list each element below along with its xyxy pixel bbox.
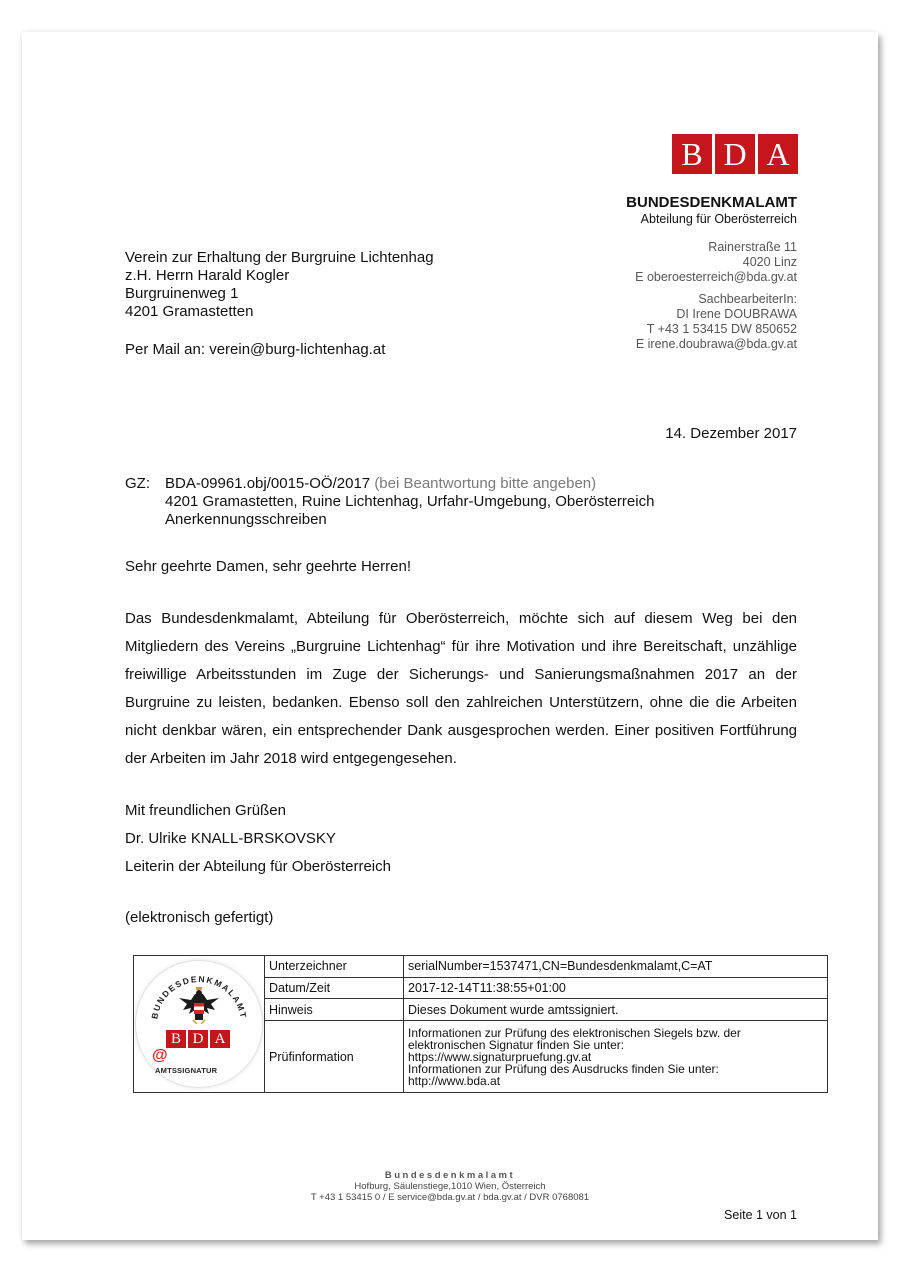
reference-number: BDA-09961.obj/0015-OÖ/2017 bbox=[165, 475, 370, 492]
clerk-email[interactable]: E irene.doubrawa@bda.gv.at bbox=[635, 337, 797, 352]
sig-key-note: Hinweis bbox=[265, 999, 404, 1021]
verification-line: elektronischen Signatur finden Sie unter… bbox=[408, 1039, 823, 1051]
sig-key-verification: Prüfinformation bbox=[265, 1021, 404, 1093]
recipient-line: z.H. Herrn Harald Kogler bbox=[125, 267, 434, 285]
footer-contact: T +43 1 53415 0 / E service@bda.gv.at / … bbox=[22, 1192, 878, 1203]
per-mail-line: Per Mail an: verein@burg-lichtenhag.at bbox=[125, 341, 385, 358]
org-department: Abteilung für Oberösterreich bbox=[641, 212, 797, 226]
at-icon: @ bbox=[152, 1048, 168, 1064]
reference-block: GZ: BDA-09961.obj/0015-OÖ/2017 (bei Bean… bbox=[125, 475, 654, 529]
closing-block: Mit freundlichen Grüßen Dr. Ulrike KNALL… bbox=[125, 797, 391, 881]
recipient-address: Verein zur Erhaltung der Burgruine Licht… bbox=[125, 249, 434, 321]
sender-email[interactable]: E oberoesterreich@bda.gv.at bbox=[635, 270, 797, 285]
logo-letter-d: D bbox=[715, 134, 755, 174]
signer-name: Dr. Ulrike KNALL-BRSKOVSKY bbox=[125, 825, 391, 853]
sig-value-datetime: 2017-12-14T11:38:55+01:00 bbox=[404, 977, 828, 999]
reference-label: GZ: bbox=[125, 475, 165, 529]
amtssignatur-label: AMTSSIGNATUR bbox=[155, 1066, 217, 1075]
subject-line: 4201 Gramastetten, Ruine Lichtenhag, Urf… bbox=[165, 493, 654, 511]
logo-letter-a: A bbox=[758, 134, 798, 174]
sender-contact: Rainerstraße 11 4020 Linz E oberoesterre… bbox=[635, 240, 797, 352]
verification-line: Informationen zur Prüfung des elektronis… bbox=[408, 1027, 823, 1039]
sig-value-note: Dieses Dokument wurde amtssigniert. bbox=[404, 999, 828, 1021]
sig-key-datetime: Datum/Zeit bbox=[265, 977, 404, 999]
recipient-line: 4201 Gramastetten bbox=[125, 303, 434, 321]
sender-street: Rainerstraße 11 bbox=[635, 240, 797, 255]
logo-letter-b: B bbox=[672, 134, 712, 174]
sig-value-verification: Informationen zur Prüfung des elektronis… bbox=[404, 1021, 828, 1093]
amtssignatur-seal: BUNDESDENKMALAMT B bbox=[135, 960, 263, 1088]
seal-cell: BUNDESDENKMALAMT B bbox=[134, 956, 265, 1093]
eagle-icon bbox=[179, 987, 219, 1024]
clerk-phone: T +43 1 53415 DW 850652 bbox=[635, 322, 797, 337]
seal-bda-logo: B D A bbox=[166, 1030, 230, 1048]
bda-logo: B D A bbox=[672, 134, 798, 174]
letter-body: Das Bundesdenkmalamt, Abteilung für Ober… bbox=[125, 605, 797, 773]
closing-greeting: Mit freundlichen Grüßen bbox=[125, 797, 391, 825]
signature-check-link[interactable]: https://www.signaturpruefung.gv.at bbox=[408, 1051, 823, 1063]
electronic-note: (elektronisch gefertigt) bbox=[125, 909, 273, 926]
sig-value-signer: serialNumber=1537471,CN=Bundesdenkmalamt… bbox=[404, 956, 828, 978]
verification-line: Informationen zur Prüfung des Ausdrucks … bbox=[408, 1063, 823, 1075]
bda-website-link[interactable]: http://www.bda.at bbox=[408, 1075, 823, 1087]
clerk-name: DI Irene DOUBRAWA bbox=[635, 307, 797, 322]
letter-date: 14. Dezember 2017 bbox=[665, 425, 797, 442]
salutation: Sehr geehrte Damen, sehr geehrte Herren! bbox=[125, 558, 411, 575]
sig-key-signer: Unterzeichner bbox=[265, 956, 404, 978]
seal-letter-a: A bbox=[210, 1030, 230, 1048]
reference-note: (bei Beantwortung bitte angeben) bbox=[374, 475, 596, 492]
signer-role: Leiterin der Abteilung für Oberösterreic… bbox=[125, 853, 391, 881]
clerk-label: SachbearbeiterIn: bbox=[635, 292, 797, 307]
signature-table: BUNDESDENKMALAMT B bbox=[133, 955, 828, 1093]
org-name: BUNDESDENKMALAMT bbox=[626, 194, 797, 211]
seal-letter-d: D bbox=[188, 1030, 208, 1048]
sender-city: 4020 Linz bbox=[635, 255, 797, 270]
recipient-line: Burgruinenweg 1 bbox=[125, 285, 434, 303]
letter-page: B D A BUNDESDENKMALAMT Abteilung für Obe… bbox=[22, 32, 878, 1240]
footer-address: Hofburg, Säulenstiege,1010 Wien, Österre… bbox=[22, 1181, 878, 1192]
recipient-line: Verein zur Erhaltung der Burgruine Licht… bbox=[125, 249, 434, 267]
page-footer: Bundesdenkmalamt Hofburg, Säulenstiege,1… bbox=[22, 1170, 878, 1203]
seal-letter-b: B bbox=[166, 1030, 186, 1048]
page-number: Seite 1 von 1 bbox=[724, 1208, 797, 1222]
subject-line: Anerkennungsschreiben bbox=[165, 511, 654, 529]
footer-org: Bundesdenkmalamt bbox=[22, 1170, 878, 1181]
